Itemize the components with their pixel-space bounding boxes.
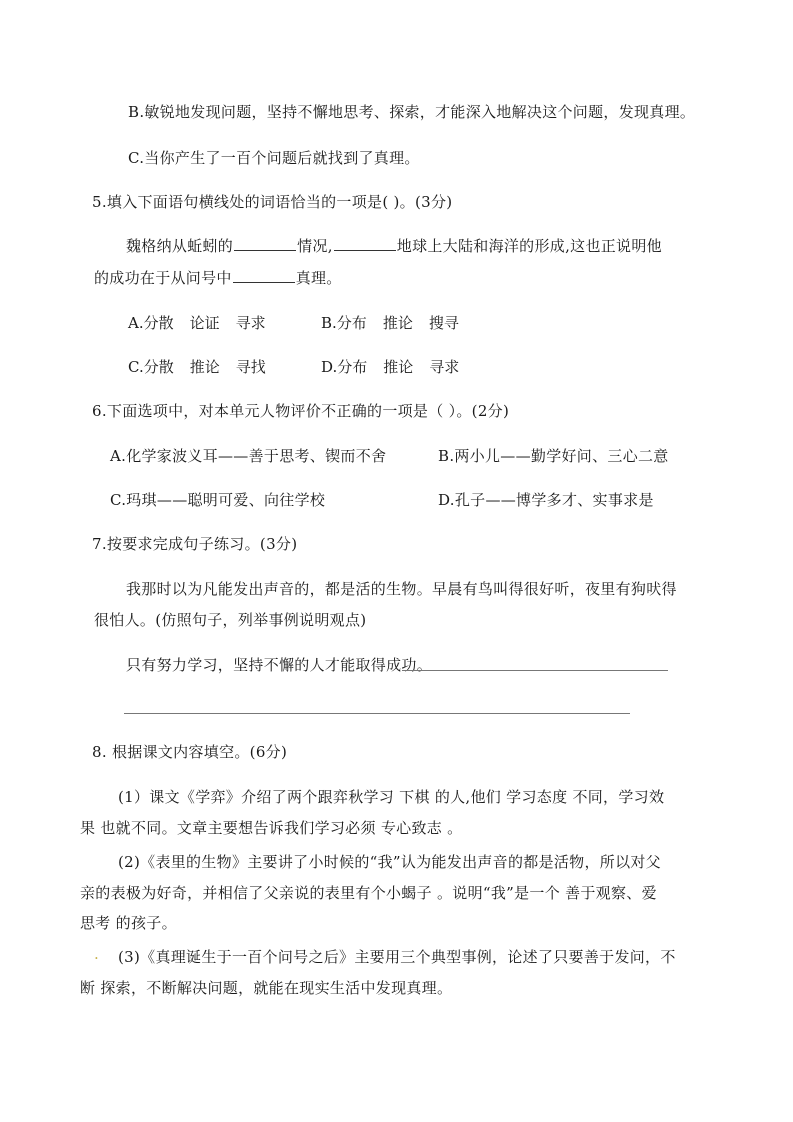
q8-p3-line2: 断 探索，不断解决问题，就能在现实生活中发现真理。 — [80, 978, 452, 998]
q6-option-d[interactable]: D.孔子——博学多才、实事求是 — [438, 490, 654, 510]
q7-answer-line-1[interactable] — [402, 670, 668, 671]
q6-option-c[interactable]: C.玛琪——聪明可爱、向往学校 — [110, 490, 325, 510]
q5-option-c[interactable]: C.分散推论寻找 — [128, 357, 282, 377]
q5-blank-1[interactable] — [234, 236, 296, 251]
q5-text-part2: 情况, — [297, 237, 333, 255]
q5-text-part5: 真理。 — [296, 269, 342, 287]
option-word: 推论 — [190, 357, 220, 377]
q5-text-part3: 地球上大陆和海洋的形成,这也正说明他 — [397, 237, 662, 255]
q5-text-part4: 的成功在于从问号中 — [94, 269, 232, 287]
option-label: D. — [321, 357, 337, 377]
option-label: B. — [321, 313, 337, 333]
option-word: 搜寻 — [429, 313, 459, 333]
option-label: C. — [128, 357, 144, 377]
option-label: A. — [128, 313, 144, 333]
q8-p1-line1: (1）课文《学弈》介绍了两个跟弈秋学习 下棋 的人,他们 学习态度 不同，学习效 — [118, 787, 664, 807]
option-word: 寻找 — [236, 357, 266, 377]
q5-option-d[interactable]: D.分布推论寻求 — [321, 357, 475, 377]
q5-sentence-line1: 魏格纳从蚯蚓的情况,地球上大陆和海洋的形成,这也正说明他 — [126, 236, 662, 256]
q4-option-c: C.当你产生了一百个问题后就找到了真理。 — [128, 148, 420, 168]
option-word: 分散 — [144, 357, 174, 377]
option-word: 推论 — [383, 357, 413, 377]
q8-p1-line2: 果 也就不同。文章主要想告诉我们学习必须 专心致志 。 — [80, 818, 462, 838]
q5-sentence-line2: 的成功在于从问号中真理。 — [94, 268, 342, 288]
q6-stem: 6.下面选项中，对本单元人物评价不正确的一项是（ ）。(2分) — [92, 401, 509, 421]
q8-p2-line1: (2)《表里的生物》主要讲了小时候的“我”认为能发出声音的都是活物，所以对父 — [118, 852, 661, 872]
option-word: 分散 — [144, 313, 174, 333]
q5-stem: 5.填入下面语句横线处的词语恰当的一项是( )。(3分) — [92, 192, 452, 212]
q8-stem: 8. 根据课文内容填空。(6分) — [92, 742, 287, 762]
q5-text-part1: 魏格纳从蚯蚓的 — [126, 237, 233, 255]
q7-stem: 7.按要求完成句子练习。(3分) — [92, 534, 297, 554]
q8-p2-line3: 思考 的孩子。 — [80, 913, 177, 933]
q7-prompt: 只有努力学习，坚持不懈的人才能取得成功。 — [126, 655, 432, 675]
q4-option-b: B.敏锐地发现问题，坚持不懈地思考、探索，才能深入地解决这个问题，发现真理。 — [128, 102, 695, 122]
q5-option-a[interactable]: A.分散论证寻求 — [128, 313, 282, 333]
option-word: 论证 — [190, 313, 220, 333]
q7-answer-line-2[interactable] — [124, 713, 630, 714]
q6-option-a[interactable]: A.化学家波义耳——善于思考、锲而不舍 — [110, 446, 386, 466]
option-word: 分布 — [337, 313, 367, 333]
q5-blank-3[interactable] — [233, 268, 295, 283]
q7-example-line1: 我那时以为凡能发出声音的，都是活的生物。早晨有鸟叫得很好听，夜里有狗吠得 — [126, 579, 677, 599]
option-word: 推论 — [383, 313, 413, 333]
q5-blank-2[interactable] — [334, 236, 396, 251]
q5-option-b[interactable]: B.分布推论搜寻 — [321, 313, 475, 333]
option-word: 分布 — [337, 357, 367, 377]
q8-p3-marker: . — [94, 944, 99, 964]
q8-p3-line1: (3)《真理诞生于一百个问号之后》主要用三个典型事例，论述了只要善于发问，不 — [118, 947, 676, 967]
q6-option-b[interactable]: B.两小儿——勤学好问、三心二意 — [438, 446, 669, 466]
option-word: 寻求 — [429, 357, 459, 377]
q8-p2-line2: 亲的表极为好奇，并相信了父亲说的表里有个小蝎子 。说明“我”是一个 善于观察、爱 — [80, 883, 657, 903]
option-word: 寻求 — [236, 313, 266, 333]
q7-example-line2: 很怕人。(仿照句子，列举事例说明观点) — [94, 610, 366, 630]
